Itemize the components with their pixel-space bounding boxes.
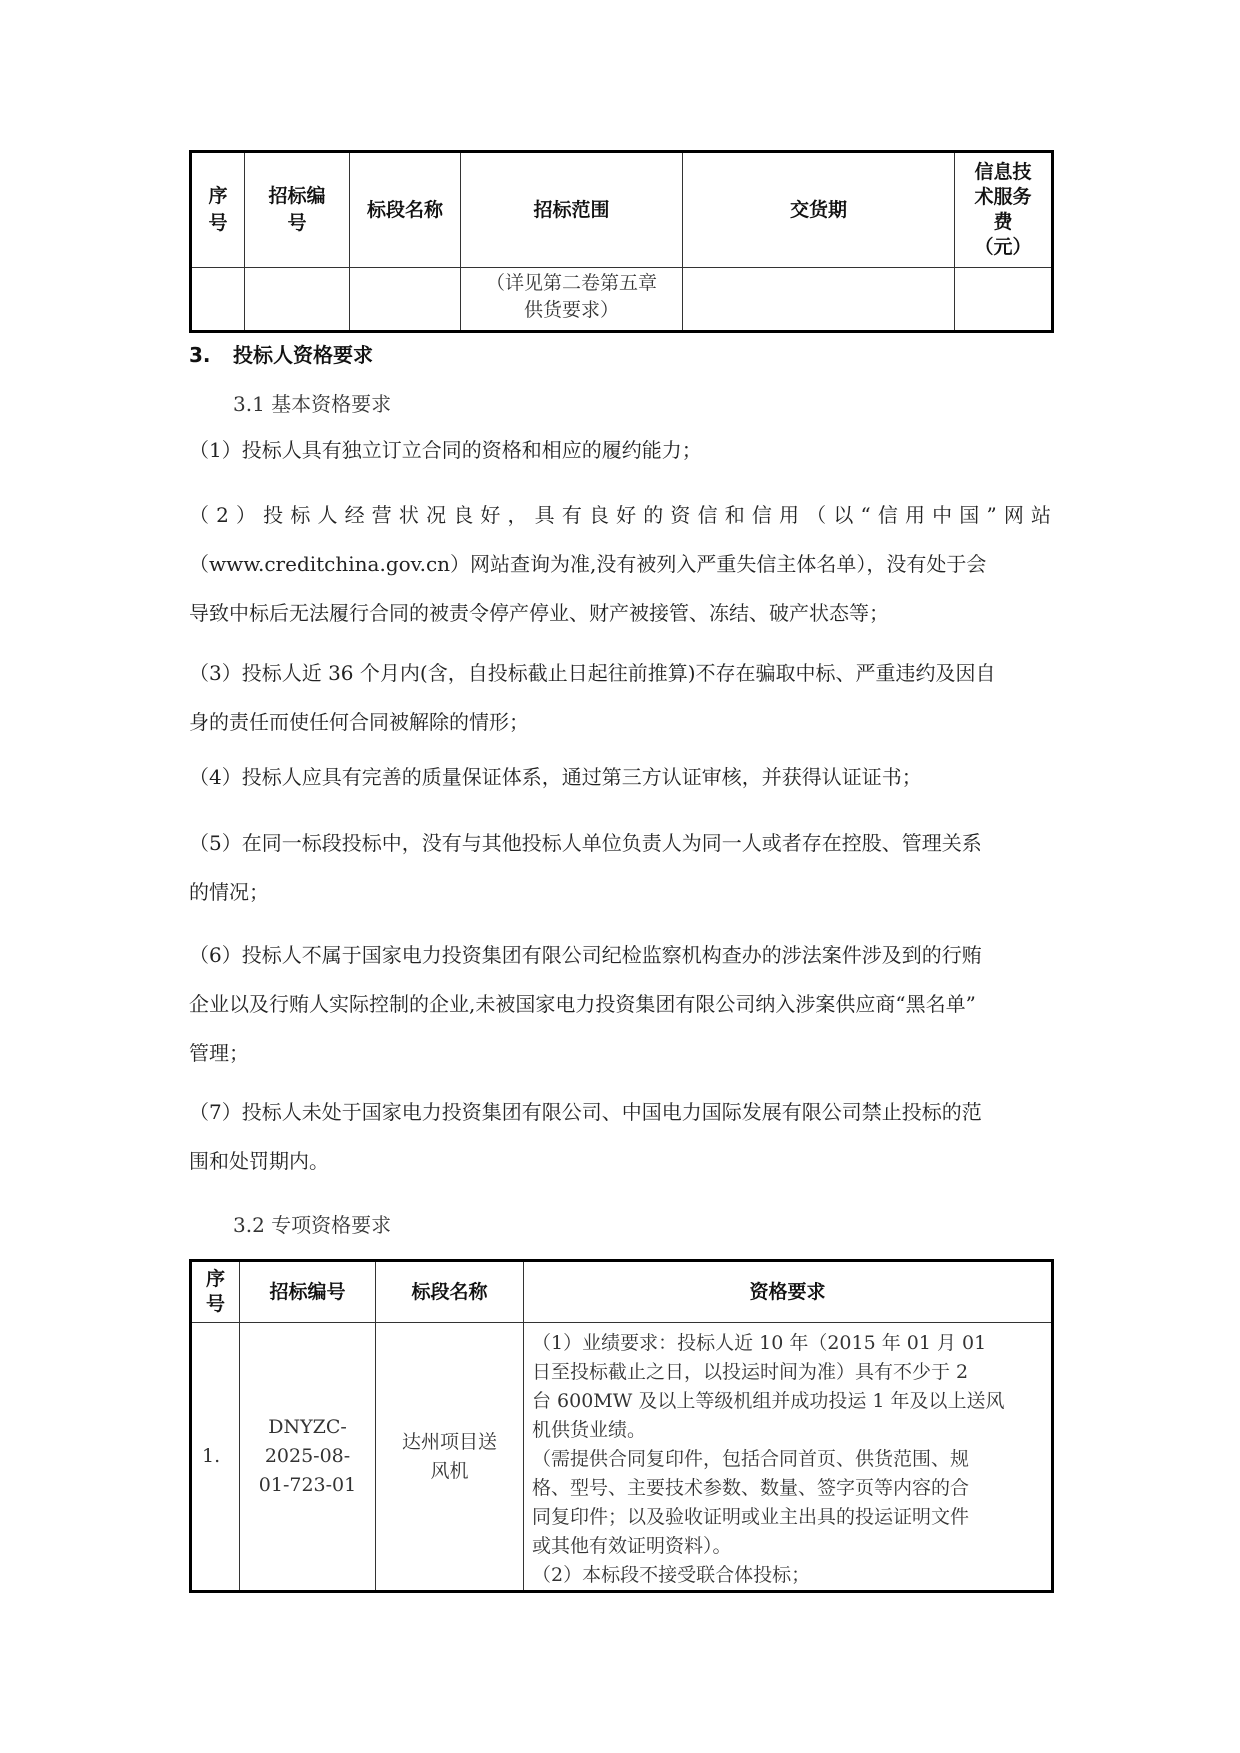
header-text: 术服务 <box>955 185 1051 210</box>
paragraph-line: （www.creditchina.gov.cn）网站查询为准,没有被列入严重失信… <box>189 540 1051 589</box>
header-text: （元） <box>955 235 1051 260</box>
document-page: 序 号 招标编 号 标段名称 招标范围 交货期 信息技 术服务 费 （元） （详… <box>0 0 1240 1753</box>
section-title: 投标人资格要求 <box>233 343 373 367</box>
subsection-heading-special: 3.2 专项资格要求 <box>233 1210 391 1240</box>
cell-text: 2025-08- <box>240 1442 375 1471</box>
requirement-line: 格、型号、主要技术参数、数量、签字页等内容的合 <box>532 1474 1045 1503</box>
header-seq: 序 号 <box>191 152 245 268</box>
requirement-line: （需提供合同复印件，包括合同首页、供货范围、规 <box>532 1445 1045 1474</box>
requirement-line: （1）业绩要求：投标人近 10 年（2015 年 01 月 01 <box>532 1329 1045 1358</box>
cell-text: 达州项目送 <box>376 1428 523 1457</box>
cell-text: 风机 <box>376 1457 523 1486</box>
cell-text: 供货要求） <box>461 297 682 324</box>
paragraph-line: （1）投标人具有独立订立合同的资格和相应的履约能力； <box>189 426 1051 475</box>
bid-sections-table: 序 号 招标编 号 标段名称 招标范围 交货期 信息技 术服务 费 （元） （详… <box>189 150 1054 333</box>
paragraph-line: （3）投标人近 36 个月内(含，自投标截止日起往前推算)不存在骗取中标、严重违… <box>189 649 1051 698</box>
header-scope: 招标范围 <box>461 152 683 268</box>
header-section-name: 标段名称 <box>350 152 461 268</box>
header-text: 号 <box>192 210 244 237</box>
requirement-line: 机供货业绩。 <box>532 1416 1045 1445</box>
header-text: 序 <box>192 1267 239 1292</box>
paragraph-line: 企业以及行贿人实际控制的企业,未被国家电力投资集团有限公司纳入涉案供应商“黑名单… <box>189 980 1051 1029</box>
cell-fee <box>955 268 1053 332</box>
section-number: 3. <box>189 340 233 370</box>
cell-delivery <box>683 268 955 332</box>
header-bid-no: 招标编号 <box>240 1261 376 1323</box>
header-fee: 信息技 术服务 费 （元） <box>955 152 1053 268</box>
paragraph-line: （6）投标人不属于国家电力投资集团有限公司纪检监察机构查办的涉法案件涉及到的行贿 <box>189 931 1051 980</box>
header-text: 信息技 <box>955 160 1051 185</box>
cell-text: （详见第二卷第五章 <box>461 270 682 297</box>
paragraph-line: （5）在同一标段投标中，没有与其他投标人单位负责人为同一人或者存在控股、管理关系 <box>189 819 1051 868</box>
header-section-name: 标段名称 <box>376 1261 524 1323</box>
table-header-row: 序 号 招标编 号 标段名称 招标范围 交货期 信息技 术服务 费 （元） <box>191 152 1053 268</box>
cell-bid-no <box>245 268 350 332</box>
header-text: 号 <box>245 210 349 237</box>
requirement-line: 台 600MW 及以上等级机组并成功投运 1 年及以上送风 <box>532 1387 1045 1416</box>
paragraph-line: 导致中标后无法履行合同的被责令停产停业、财产被接管、冻结、破产状态等； <box>189 589 1051 638</box>
cell-scope: （详见第二卷第五章 供货要求） <box>461 268 683 332</box>
header-text: 号 <box>192 1292 239 1317</box>
paragraph-line: 的情况； <box>189 868 1051 917</box>
requirement-item-2: （2）投标人经营状况良好，具有良好的资信和信用（以“信用中国”网站 （www.c… <box>189 491 1051 638</box>
cell-section-name: 达州项目送 风机 <box>376 1323 524 1592</box>
header-delivery: 交货期 <box>683 152 955 268</box>
header-seq: 序 号 <box>191 1261 240 1323</box>
header-requirements: 资格要求 <box>524 1261 1053 1323</box>
cell-text: 01-723-01 <box>240 1471 375 1500</box>
table-row: 1. DNYZC- 2025-08- 01-723-01 达州项目送 风机 （1… <box>191 1323 1053 1592</box>
paragraph-line: （4）投标人应具有完善的质量保证体系，通过第三方认证审核，并获得认证证书； <box>189 753 1051 802</box>
table-row: （详见第二卷第五章 供货要求） <box>191 268 1053 332</box>
subsection-heading-basic: 3.1 基本资格要求 <box>233 389 391 419</box>
requirement-item-4: （4）投标人应具有完善的质量保证体系，通过第三方认证审核，并获得认证证书； <box>189 753 1051 802</box>
requirement-item-1: （1）投标人具有独立订立合同的资格和相应的履约能力； <box>189 426 1051 475</box>
header-text: 招标编 <box>245 183 349 210</box>
header-text: 费 <box>955 210 1051 235</box>
requirement-line: （2）本标段不接受联合体投标； <box>532 1561 1045 1590</box>
requirement-item-7: （7）投标人未处于国家电力投资集团有限公司、中国电力国际发展有限公司禁止投标的范… <box>189 1088 1051 1186</box>
cell-bid-no: DNYZC- 2025-08- 01-723-01 <box>240 1323 376 1592</box>
paragraph-line: 围和处罚期内。 <box>189 1137 1051 1186</box>
requirement-item-5: （5）在同一标段投标中，没有与其他投标人单位负责人为同一人或者存在控股、管理关系… <box>189 819 1051 917</box>
table-header-row: 序 号 招标编号 标段名称 资格要求 <box>191 1261 1053 1323</box>
header-text: 序 <box>192 183 244 210</box>
paragraph-line: 身的责任而使任何合同被解除的情形； <box>189 698 1051 747</box>
special-requirements-table: 序 号 招标编号 标段名称 资格要求 1. DNYZC- 2025-08- 01… <box>189 1259 1054 1593</box>
cell-section-name <box>350 268 461 332</box>
cell-seq: 1. <box>191 1323 240 1592</box>
requirement-line: 或其他有效证明资料）。 <box>532 1532 1045 1561</box>
paragraph-line: （2）投标人经营状况良好，具有良好的资信和信用（以“信用中国”网站 <box>189 491 1051 540</box>
cell-text: DNYZC- <box>240 1413 375 1442</box>
requirement-item-3: （3）投标人近 36 个月内(含，自投标截止日起往前推算)不存在骗取中标、严重违… <box>189 649 1051 747</box>
header-bid-no: 招标编 号 <box>245 152 350 268</box>
cell-requirements: （1）业绩要求：投标人近 10 年（2015 年 01 月 01 日至投标截止之… <box>524 1323 1053 1592</box>
paragraph-line: （7）投标人未处于国家电力投资集团有限公司、中国电力国际发展有限公司禁止投标的范 <box>189 1088 1051 1137</box>
requirement-line: 同复印件；以及验收证明或业主出具的投运证明文件 <box>532 1503 1045 1532</box>
section-heading: 3.投标人资格要求 <box>189 340 373 370</box>
requirement-item-6: （6）投标人不属于国家电力投资集团有限公司纪检监察机构查办的涉法案件涉及到的行贿… <box>189 931 1051 1078</box>
paragraph-line: 管理； <box>189 1029 1051 1078</box>
requirement-line: 日至投标截止之日，以投运时间为准）具有不少于 2 <box>532 1358 1045 1387</box>
cell-seq <box>191 268 245 332</box>
